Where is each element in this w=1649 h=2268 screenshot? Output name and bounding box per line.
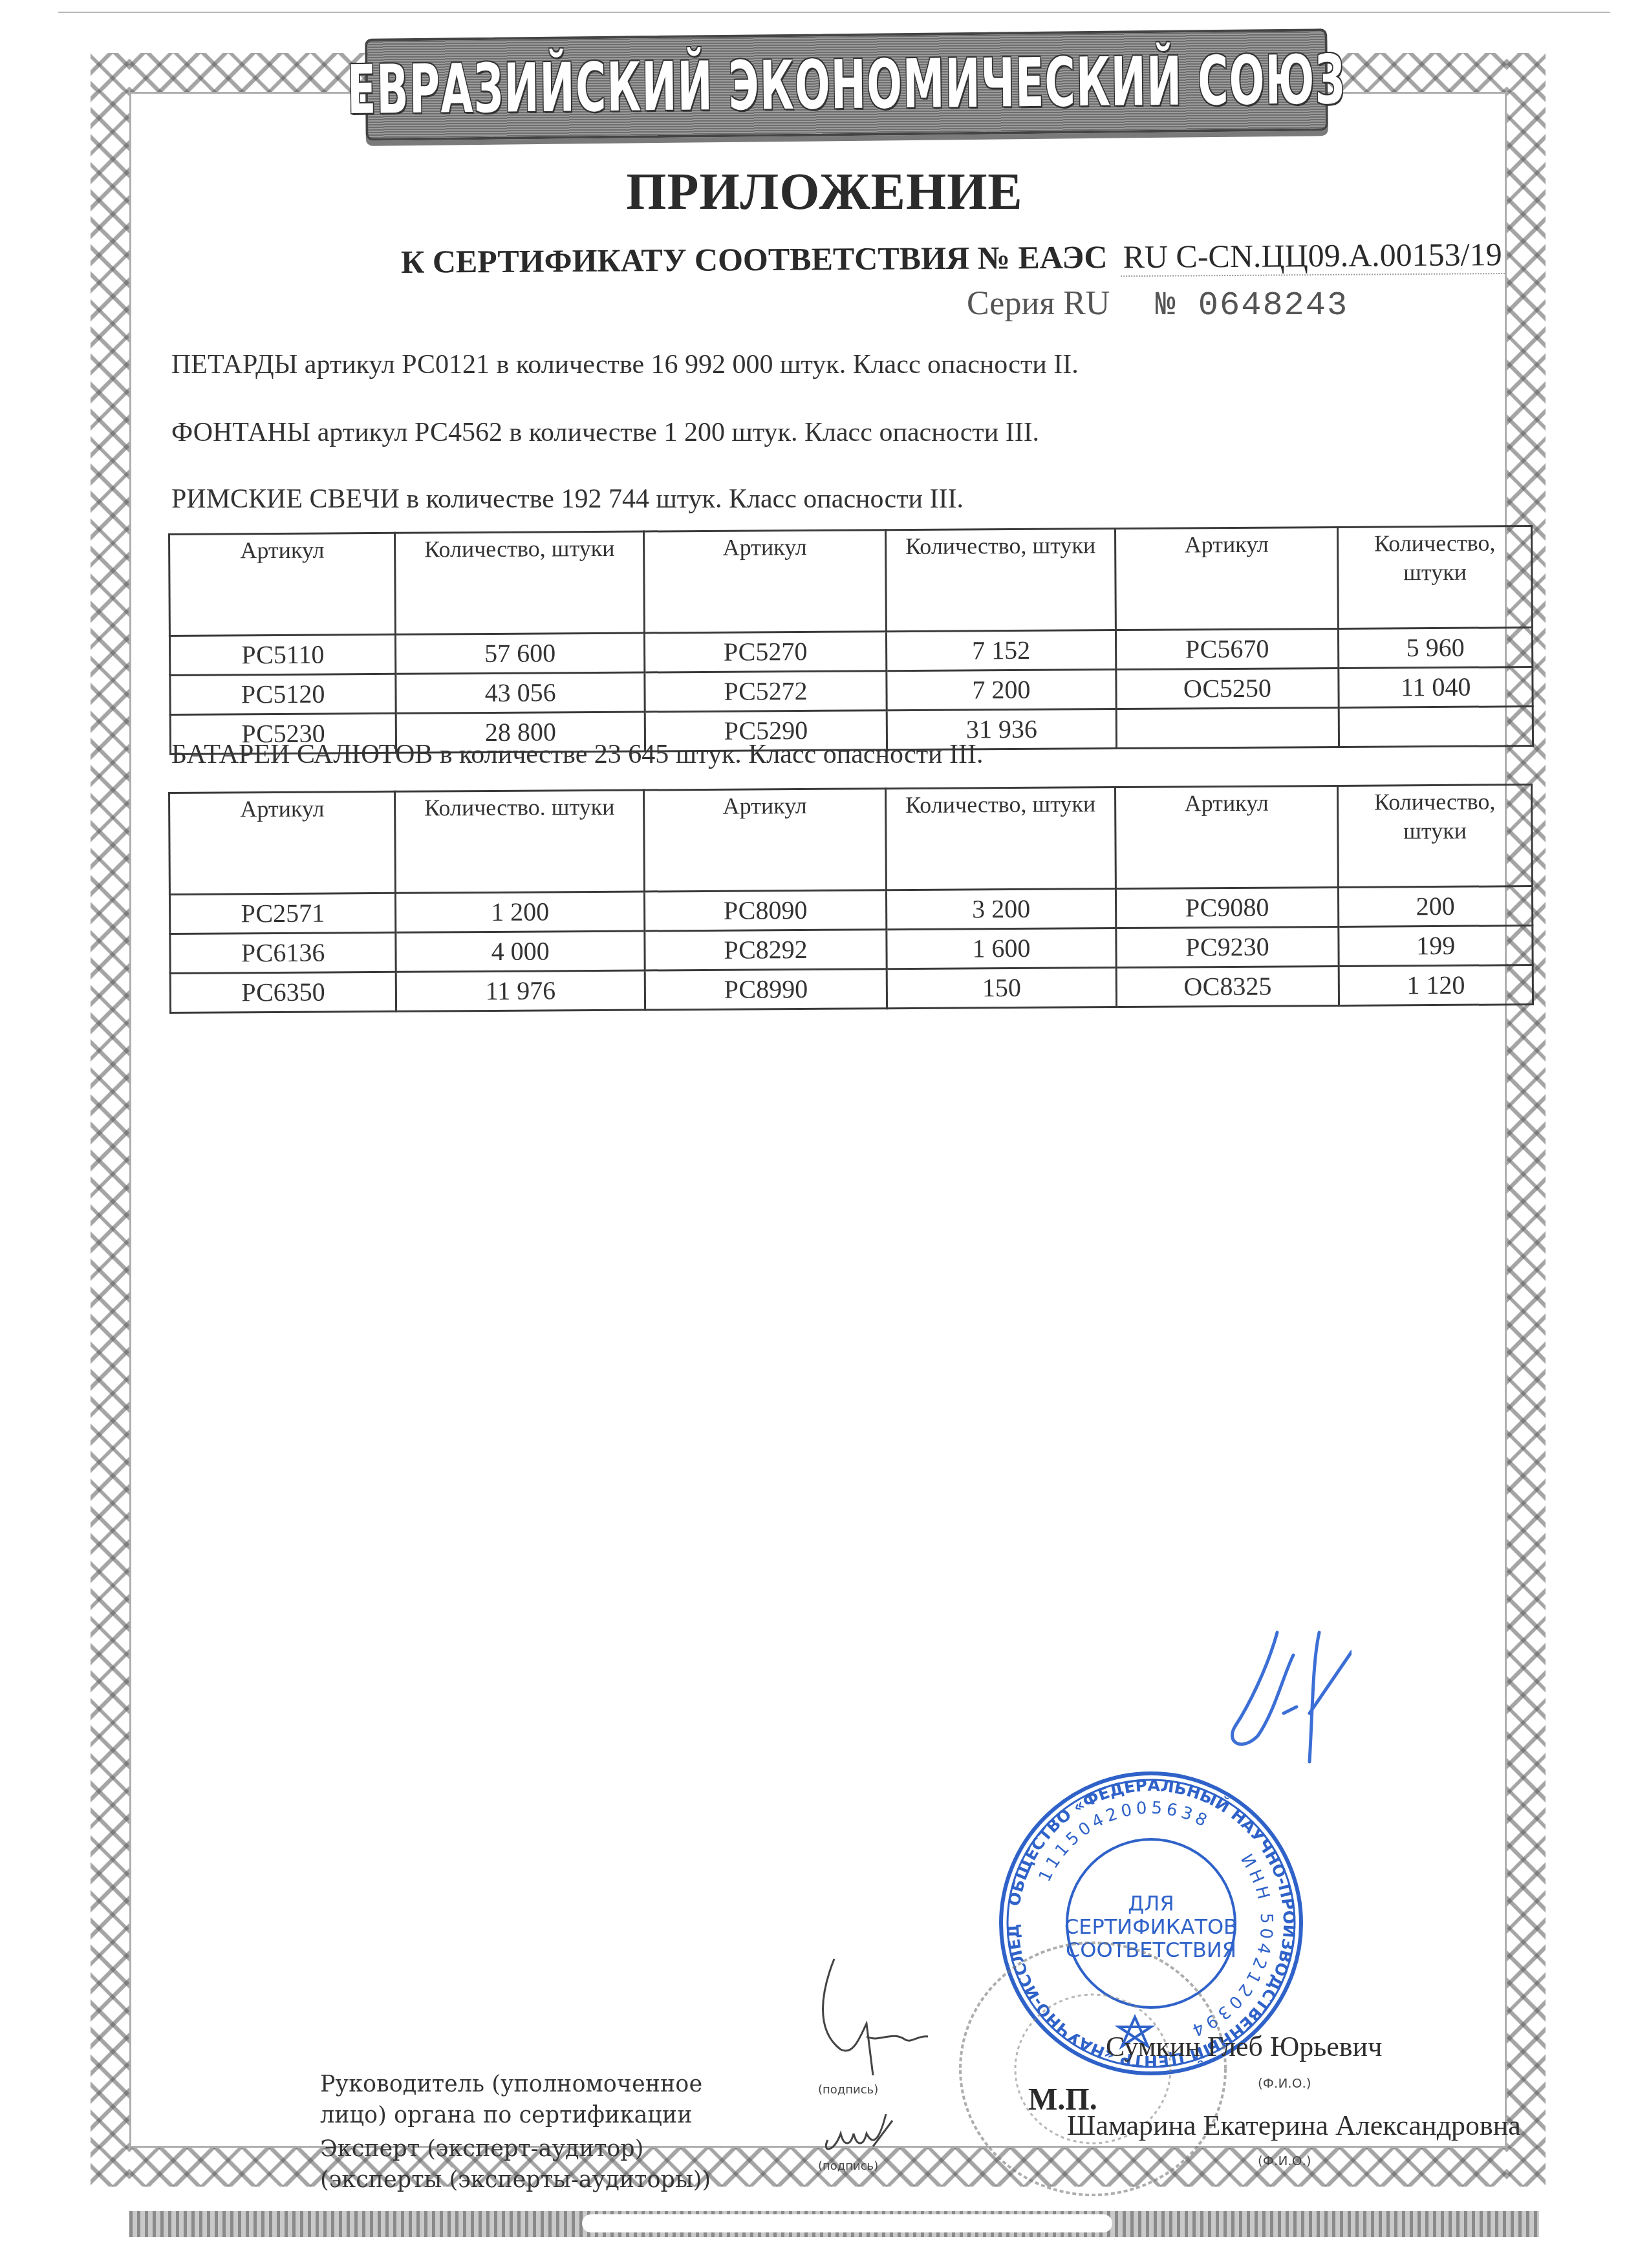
page-title: ПРИЛОЖЕНИЕ [0,163,1649,222]
quantity-cell: 7 152 [887,630,1116,671]
column-header-article: Артикул [643,789,886,892]
quantity-cell: 7 200 [887,670,1116,711]
head-label: Руководитель (уполномоченное лицо) орган… [320,2069,702,2131]
head-signature-caption: (подпись) [818,2083,878,2097]
certificate-prefix: К СЕРТИФИКАТУ СООТВЕТСТВИЯ № ЕАЭС [401,239,1108,280]
article-cell: РС6136 [170,932,396,973]
expert-fio-caption: (Ф.И.О.) [1258,2153,1311,2168]
column-header-article: Артикул [169,791,396,894]
series-label: Серия RU [967,285,1110,322]
item-firecrackers: ПЕТАРДЫ артикул РС0121 в количестве 16 9… [171,349,1079,380]
quantity-cell: 199 [1339,926,1533,967]
roman-candles-caption: РИМСКИЕ СВЕЧИ в количестве 192 744 штук.… [171,484,964,515]
column-header-quantity: Количество, штуки [395,531,644,634]
article-cell: РС8090 [644,890,887,931]
signature-expert [815,2108,899,2159]
table-row: РС635011 976РС8990150ОС83251 120 [170,965,1533,1013]
expert-name: Шамарина Екатерина Александровна [1067,2109,1521,2142]
column-header-article: Артикул [1115,786,1338,888]
quantity-cell: 1 200 [396,892,645,932]
quantity-cell: 11 040 [1339,667,1533,708]
expert-label: Эксперт (эксперт-аудитор) (эксперты (экс… [320,2134,711,2196]
quantity-cell: 200 [1339,886,1533,927]
quantity-cell: 3 200 [887,889,1116,930]
quantity-cell [1339,707,1533,747]
head-fio-caption: (Ф.И.О.) [1258,2075,1311,2091]
article-cell: ОС8325 [1116,966,1339,1007]
series-number: № 0648243 [1155,286,1348,325]
article-cell: РС9080 [1115,887,1339,928]
article-cell: РС9230 [1116,926,1339,967]
stamp-center-1: ДЛЯ [1128,1891,1174,1916]
table-header-row: АртикулКоличество, штукиАртикулКоличеств… [169,526,1533,636]
banner-text: ЕВРАЗИЙСКИЙ ЭКОНОМИЧЕСКИЙ СОЮЗ [347,40,1346,129]
eaeu-banner: ЕВРАЗИЙСКИЙ ЭКОНОМИЧЕСКИЙ СОЮЗ [365,28,1328,141]
batteries-table: АртикулКоличество. штукиАртикулКоличеств… [168,784,1534,1014]
batteries-caption: БАТАРЕИ САЛЮТОВ в количестве 23 645 штук… [171,739,983,770]
quantity-cell: 4 000 [396,931,645,972]
head-name: Сумкин Глеб Юрьевич [1106,2030,1382,2063]
article-cell: РС5110 [169,634,396,675]
article-cell: РС5670 [1115,628,1339,669]
expert-signature-caption: (подпись) [818,2159,878,2173]
quantity-cell: 11 976 [396,970,645,1011]
quantity-cell: 5 960 [1339,628,1533,669]
table-header-row: АртикулКоличество. штукиАртикулКоличеств… [169,785,1533,895]
series-line: Серия RU№ 0648243 [967,284,1348,325]
quantity-cell: 43 056 [396,672,645,713]
signature-head [802,1952,931,2088]
article-cell: РС5272 [645,671,887,712]
column-header-article: Артикул [1115,527,1338,630]
article-cell: РС8292 [645,930,887,970]
article-cell [1116,707,1339,748]
column-header-article: Артикул [169,533,396,636]
quantity-cell: 57 600 [396,633,645,674]
article-cell: РС2571 [169,893,396,934]
certificate-reference: К СЕРТИФИКАТУ СООТВЕТСТВИЯ № ЕАЭСRU C-CN… [401,235,1505,282]
signature-blue [1222,1629,1352,1778]
faded-stamp [951,1933,1235,2205]
column-header-quantity: Количество, штуки [1338,785,1533,888]
article-cell: РС6350 [170,972,396,1012]
footer-print-line [582,2214,1112,2232]
quantity-cell: 1 600 [887,928,1116,969]
article-cell: РС5120 [170,674,396,714]
article-cell: РС8990 [645,969,887,1010]
column-header-quantity: Количество. штуки [395,790,644,893]
column-header-quantity: Количество, штуки [1338,526,1533,629]
roman-candles-table: АртикулКоличество, штукиАртикулКоличеств… [168,525,1534,755]
item-fountains: ФОНТАНЫ артикул РС4562 в количестве 1 20… [171,417,1039,448]
article-cell: РС5270 [644,632,887,672]
column-header-quantity: Количество, штуки [886,529,1116,632]
column-header-article: Артикул [643,530,886,633]
scan-edge-line [58,12,1610,13]
quantity-cell: 1 120 [1339,965,1533,1006]
column-header-quantity: Количество, штуки [886,787,1116,890]
article-cell: ОС5250 [1116,668,1339,709]
certificate-number: RU C-CN.ЦЦ09.А.00153/19 [1120,235,1505,277]
quantity-cell: 150 [887,968,1116,1009]
